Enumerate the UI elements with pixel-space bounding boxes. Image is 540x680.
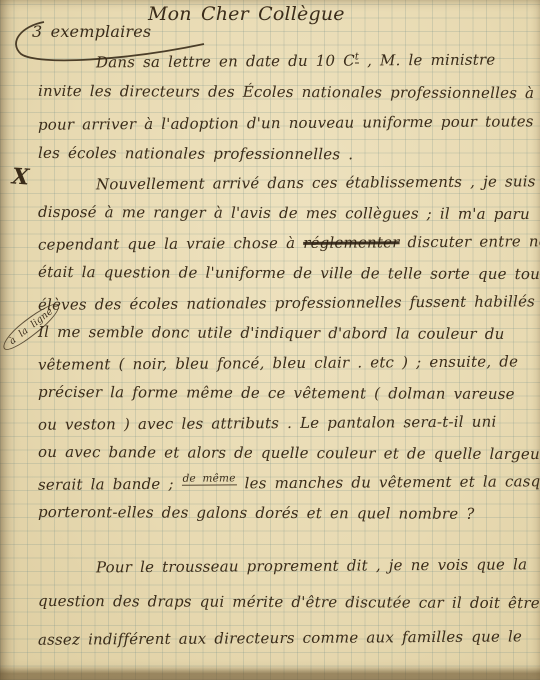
handwritten-line: Il me semble donc utile d'indiquer d'abo…: [38, 323, 538, 355]
inserted-word: de même: [182, 472, 237, 485]
line-text: , M. le ministre: [359, 51, 495, 70]
handwritten-line: assez indifférent aux directeurs comme a…: [38, 627, 538, 666]
handwritten-line: Pour le trousseau proprement dit , je ne…: [38, 555, 538, 594]
handwritten-line: Dans sa lettre en date du 10 Ct , M. le …: [38, 50, 538, 84]
paragraph-1: Dans sa lettre en date du 10 Ct , M. le …: [38, 52, 538, 176]
paragraph-3: Pour le trousseau proprement dit , je ne…: [38, 557, 538, 665]
handwritten-line: était la question de l'uniforme de ville…: [38, 263, 538, 295]
handwritten-line: pour arriver à l'adoption d'un nouveau u…: [38, 112, 538, 146]
line-text: cependant que la vraie chose à: [38, 234, 303, 254]
handwritten-line: préciser la forme même de ce vêtement ( …: [38, 383, 538, 415]
paper-bottom-edge: [0, 666, 540, 680]
line-text: discuter entre nous: [399, 232, 540, 251]
handwritten-line: élèves des écoles nationales professionn…: [38, 292, 538, 325]
handwritten-line: cependant que la vraie chose à réglement…: [38, 232, 538, 265]
handwritten-line: porteront-elles des galons dorés et en q…: [38, 503, 538, 535]
handwritten-line: question des draps qui mérite d'être dis…: [38, 592, 538, 630]
handwritten-line: ou avec bande et alors de quelle couleur…: [38, 443, 538, 475]
handwritten-line: disposé à me ranger à l'avis de mes coll…: [38, 203, 538, 235]
line-text: Dans sa lettre en date du 10 C: [96, 52, 355, 72]
handwritten-line: serait la bande ; de même les manches du…: [38, 472, 538, 505]
handwritten-line: Nouvellement arrivé dans ces établisseme…: [38, 172, 538, 205]
line-text: les manches du vêtement et la casquette: [237, 472, 540, 492]
handwritten-line: invite les directeurs des Écoles nationa…: [38, 82, 538, 115]
struck-out-word: réglementer: [303, 233, 399, 252]
line-text: serait la bande ;: [38, 475, 182, 494]
paragraph-2: Nouvellement arrivé dans ces établisseme…: [38, 174, 538, 534]
handwritten-line: vêtement ( noir, bleu foncé, bleu clair …: [38, 352, 538, 385]
x-margin-mark: X: [11, 163, 30, 190]
copies-note-text: 3 exemplaires: [32, 22, 151, 41]
letter-page: Mon Cher Collègue 3 exemplaires Dans sa …: [0, 0, 540, 680]
handwritten-line: ou veston ) avec les attributs . Le pant…: [38, 412, 538, 445]
